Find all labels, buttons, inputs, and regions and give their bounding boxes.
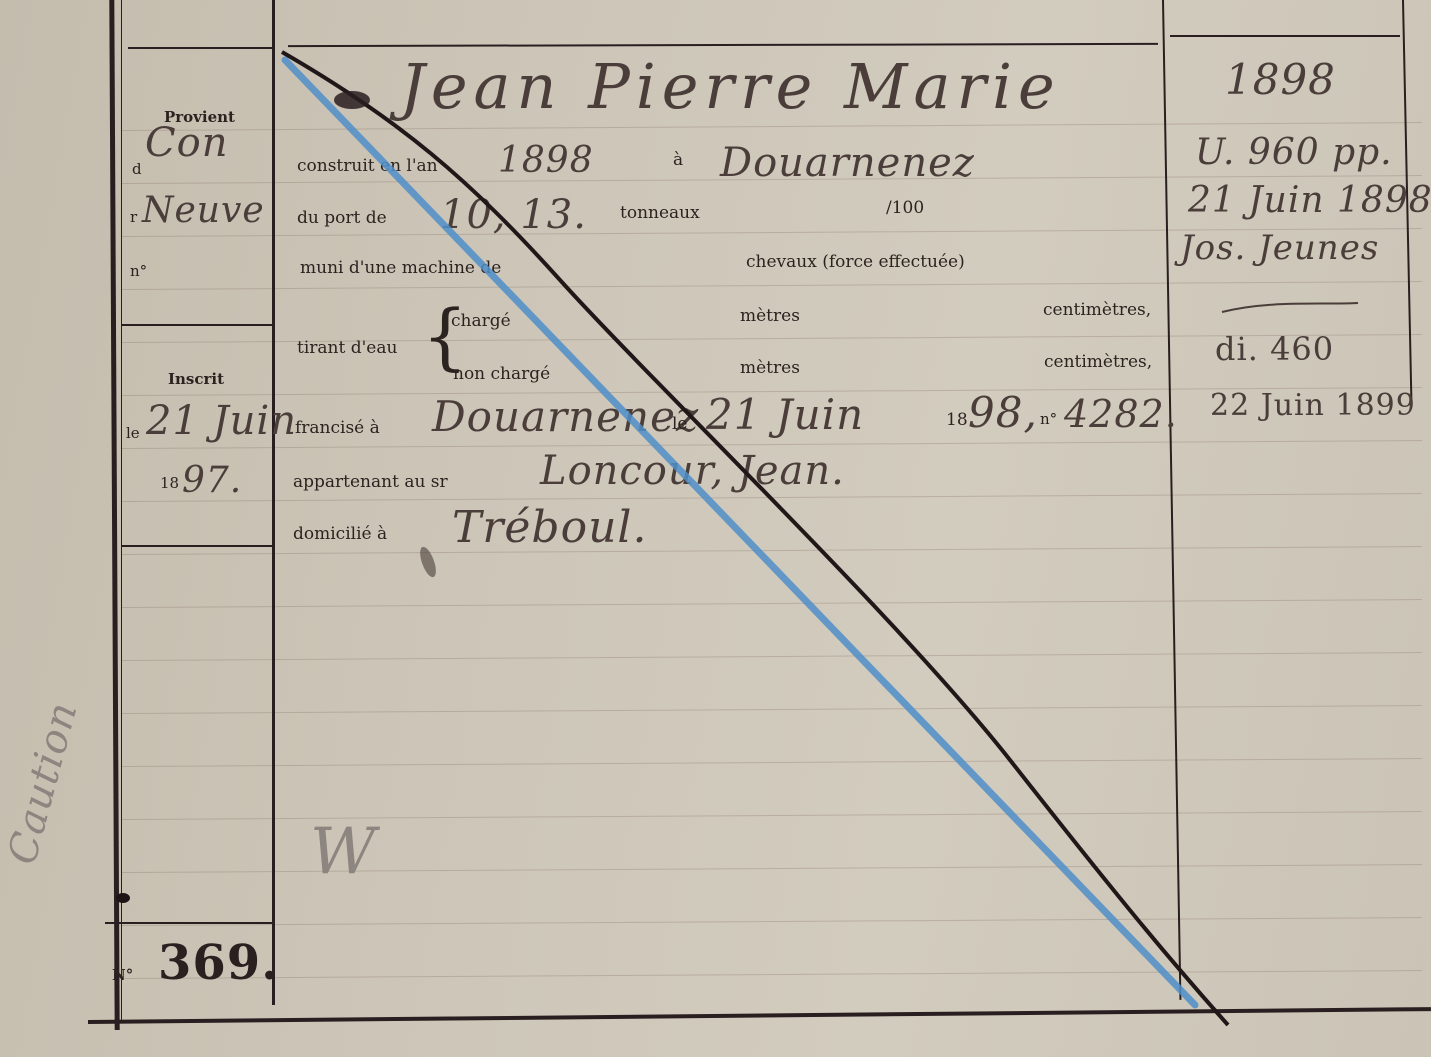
ink-blot: [334, 91, 370, 109]
register-page: Provient d Con r Neuve n° Inscrit le 21 …: [0, 0, 1431, 1057]
blue-pencil-stroke: [285, 60, 1195, 1005]
cancellation-strokes: [0, 0, 1431, 1057]
ink-smudge: [417, 545, 439, 579]
right-column-flourish: [1222, 303, 1358, 312]
black-ink-stroke: [282, 52, 1228, 1025]
